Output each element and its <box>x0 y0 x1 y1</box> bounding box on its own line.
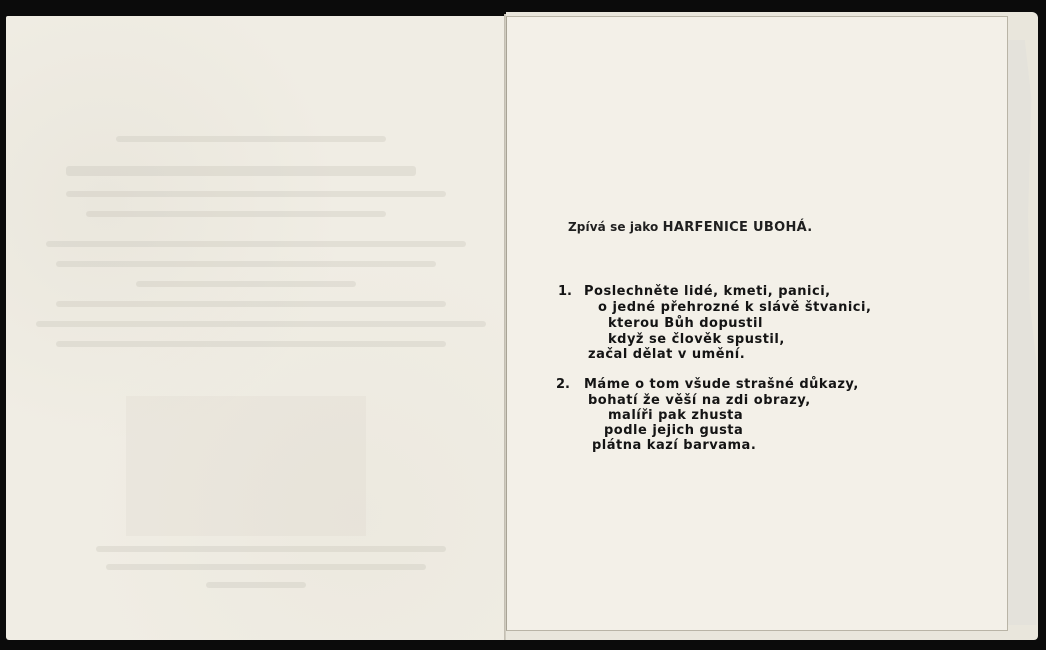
verse-line: plátna kazí barvama. <box>592 438 756 454</box>
verse-line: o jedné přehrozné k slávě štvanici, <box>598 300 871 316</box>
bleed-through-text <box>66 166 416 176</box>
bleed-through-text <box>136 281 356 287</box>
page-fold <box>504 14 506 640</box>
bleed-through-text <box>36 321 486 327</box>
verse-number: 1. <box>558 284 572 300</box>
left-page <box>6 16 506 640</box>
verse-line: bohatí že věší na zdi obrazy, <box>588 393 811 409</box>
scanned-booklet-spread: Zpívá se jako HARFENICE UBOHÁ. 1. Poslec… <box>0 0 1046 650</box>
bleed-through-text <box>86 211 386 217</box>
verse-line: začal dělat v umění. <box>588 347 745 363</box>
bleed-through-image <box>126 396 366 536</box>
tune-prefix: Zpívá se jako <box>568 220 658 234</box>
verse-line: Máme o tom všude strašné důkazy, <box>584 377 859 393</box>
bleed-through-text <box>116 136 386 142</box>
verse-number: 2. <box>556 377 570 393</box>
tune-heading: Zpívá se jako HARFENICE UBOHÁ. <box>568 220 812 235</box>
verse-line: když se člověk spustil, <box>608 332 785 348</box>
verse-line: Poslechněte lidé, kmeti, panici, <box>584 284 831 300</box>
bleed-through-text <box>96 546 446 552</box>
verse-line: malíři pak zhusta <box>608 408 743 424</box>
tune-name: HARFENICE UBOHÁ. <box>663 220 813 235</box>
bleed-through-text <box>56 301 446 307</box>
bleed-through-text <box>206 582 306 588</box>
bleed-through-text <box>46 241 466 247</box>
bleed-through-text <box>106 564 426 570</box>
verse-line: podle jejich gusta <box>604 423 743 439</box>
bleed-through-text <box>66 191 446 197</box>
bleed-through-text <box>56 341 446 347</box>
verse-line: kterou Bůh dopustil <box>608 316 763 332</box>
bleed-through-text <box>56 261 436 267</box>
